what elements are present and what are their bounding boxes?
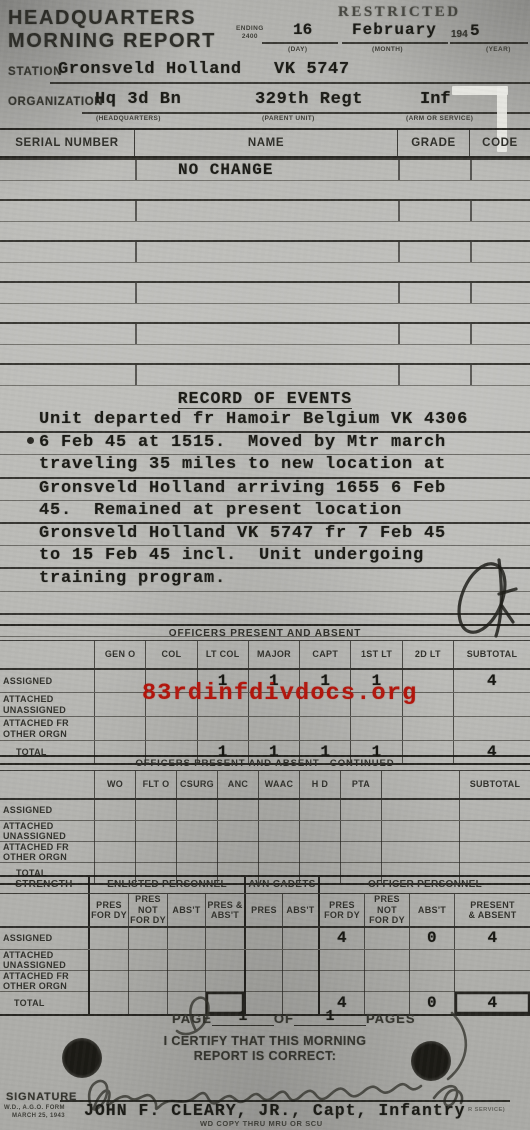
day-field: 16	[293, 21, 312, 39]
officers-col-gen-o: GEN O	[95, 641, 146, 668]
roster-row	[0, 281, 530, 322]
row-label: ATTACHED UNASSIGNED	[0, 950, 90, 971]
year-prefix: 194	[451, 29, 468, 40]
roster-table: SERIAL NUMBER NAME GRADE CODE NO CHANGE	[0, 128, 530, 404]
row-label: ASSIGNED	[0, 800, 95, 820]
station-label: STATION	[8, 66, 62, 78]
row-label: ATTACHED FR OTHER ORGN	[0, 717, 95, 740]
continued-row-assigned: ASSIGNED	[0, 800, 530, 821]
year-underline	[450, 42, 528, 44]
events-line: 45. Remained at present location	[0, 501, 530, 524]
strength-label: STRENGTH	[0, 877, 90, 893]
ending-label: ENDING 2400	[236, 25, 264, 41]
officers-col-col: COL	[146, 641, 197, 668]
organization-label: ORGANIZATION	[8, 96, 103, 108]
col-flt-o: FLT O	[136, 771, 177, 798]
year-field: 5	[470, 22, 480, 40]
organization-underline	[82, 112, 530, 114]
roster-row	[0, 322, 530, 363]
col-waac: WAAC	[259, 771, 300, 798]
row-label: ATTACHED FR OTHER ORGN	[0, 842, 95, 863]
roster-header-row: SERIAL NUMBER NAME GRADE CODE	[0, 128, 530, 158]
sub-abst-2: ABS'T	[283, 894, 320, 926]
events-line: Gronsveld Holland arriving 1655 6 Feb	[0, 479, 530, 501]
strength-subheader-row: PRES FOR DY PRES NOT FOR DY ABS'T PRES &…	[0, 894, 530, 928]
form-number-print: W.D., A.G.O. FORM MARCH 25, 1943	[4, 1105, 65, 1120]
roster-header-code: CODE	[470, 130, 530, 156]
organization-parent-value: 329th Regt	[255, 90, 363, 109]
organization-arm-sublabel: (ARM OR SERVICE)	[406, 115, 473, 122]
copy-routing-note: WD COPY THRU MRU OR SCU	[200, 1119, 323, 1128]
day-sublabel: (DAY)	[288, 46, 307, 53]
officers-row-attached-fr-other: ATTACHED FR OTHER ORGN	[0, 717, 530, 741]
officers-col-lt-col: LT COL	[198, 641, 249, 668]
roster-header-grade: GRADE	[398, 130, 470, 156]
organization-parent-sublabel: (PARENT UNIT)	[262, 115, 315, 122]
strength-row-assigned: ASSIGNED 4 0 4	[0, 928, 530, 950]
officers-col-1st-lt: 1ST LT	[351, 641, 402, 668]
restricted-stamp: RESTRICTED	[338, 4, 461, 21]
form-title-line1: HEADQUARTERS	[8, 7, 216, 30]
events-line: Gronsveld Holland VK 5747 fr 7 Feb 45	[0, 524, 530, 546]
form-title: HEADQUARTERS MORNING REPORT	[8, 7, 216, 53]
roster-row	[0, 199, 530, 240]
cell-value: 4	[320, 928, 365, 949]
col-blank	[382, 771, 460, 798]
cell-value: 4	[454, 670, 530, 692]
roster-header-serial: SERIAL NUMBER	[0, 130, 135, 156]
record-of-events-title-row: RECORD OF EVENTS	[0, 389, 530, 410]
month-underline	[342, 42, 448, 44]
organization-hq-sublabel: (HEADQUARTERS)	[96, 115, 161, 122]
organization-hq-value: Hq 3d Bn	[95, 90, 181, 109]
sub-pres-not-for-dy: PRES NOT FOR DY	[129, 894, 168, 926]
organization-arm-value: Inf	[420, 90, 451, 109]
record-of-events-title: RECORD OF EVENTS	[178, 389, 352, 409]
sub-pres-not-for-dy-2: PRES NOT FOR DY	[365, 894, 410, 926]
roster-row: NO CHANGE	[0, 158, 530, 199]
officers-header-row: GEN O COL LT COL MAJOR CAPT 1ST LT 2D LT…	[0, 640, 530, 670]
sub-abst-3: ABS'T	[410, 894, 455, 926]
officers-col-subtotal: SUBTOTAL	[454, 641, 530, 668]
col-csurg: CSURG	[177, 771, 218, 798]
group-officer: OFFICER PERSONNEL	[320, 877, 530, 893]
officers-continued-title: OFFICERS PRESENT AND ABSENT—CONTINUED	[0, 755, 530, 770]
sub-pres-for-dy: PRES FOR DY	[90, 894, 129, 926]
sub-pres-and-abst: PRES & ABS'T	[206, 894, 246, 926]
events-line: traveling 35 miles to new location at	[0, 455, 530, 478]
group-avn-cadets: AVN CADETS	[246, 877, 320, 893]
col-h-d: H D	[300, 771, 341, 798]
continued-row-attached-fr-other: ATTACHED FR OTHER ORGN	[0, 842, 530, 863]
col-anc: ANC	[218, 771, 259, 798]
col-wo: WO	[95, 771, 136, 798]
signature-label: SIGNATURE	[6, 1091, 77, 1103]
sub-pres: PRES	[246, 894, 283, 926]
col-subtotal: SUBTOTAL	[460, 771, 530, 798]
form-number-line2: MARCH 25, 1943	[4, 1113, 65, 1121]
officers-col-major: MAJOR	[249, 641, 300, 668]
officers-table-title: OFFICERS PRESENT AND ABSENT	[0, 624, 530, 640]
events-line: 6 Feb 45 at 1515. Moved by Mtr march	[0, 433, 530, 455]
row-label: ATTACHED UNASSIGNED	[0, 821, 95, 842]
roster-row	[0, 240, 530, 281]
month-field: February	[352, 21, 437, 39]
sub-present-and-absent: PRESENT & ABSENT	[455, 894, 530, 926]
group-enlisted: ENLISTED PERSONNEL	[90, 877, 246, 893]
ending-label-line2: 2400	[236, 33, 264, 41]
continued-row-attached-unassigned: ATTACHED UNASSIGNED	[0, 821, 530, 842]
row-label: ASSIGNED	[0, 928, 90, 949]
signature-sublabel-fragment: R SERVICE)	[468, 1107, 505, 1113]
row-label: ATTACHED UNASSIGNED	[0, 693, 95, 716]
officers-col-2d-lt: 2D LT	[403, 641, 454, 668]
roster-entry-no-change: NO CHANGE	[178, 161, 273, 179]
year-sublabel: (YEAR)	[486, 46, 511, 53]
strength-row-attached-unassigned: ATTACHED UNASSIGNED	[0, 950, 530, 971]
station-underline	[50, 82, 530, 84]
col-pta: PTA	[341, 771, 382, 798]
day-underline	[262, 42, 338, 44]
row-label: ASSIGNED	[0, 670, 95, 692]
morning-report-document: HEADQUARTERS MORNING REPORT RESTRICTED E…	[0, 0, 530, 1130]
strength-group-header-row: STRENGTH ENLISTED PERSONNEL AVN CADETS O…	[0, 875, 530, 894]
ending-label-line1: ENDING	[236, 25, 264, 33]
site-watermark: 83rdinfdivdocs.org	[142, 680, 417, 707]
month-sublabel: (MONTH)	[372, 46, 403, 53]
form-title-line2: MORNING REPORT	[8, 30, 216, 53]
cell-value: 0	[410, 928, 455, 949]
events-line: Unit departed fr Hamoir Belgium VK 4306	[0, 410, 530, 433]
officers-table-continued: OFFICERS PRESENT AND ABSENT—CONTINUED WO…	[0, 755, 530, 885]
form-number-line1: W.D., A.G.O. FORM	[4, 1105, 65, 1113]
cell-value: 4	[455, 928, 530, 949]
officers-continued-header-row: WO FLT O CSURG ANC WAAC H D PTA SUBTOTAL	[0, 770, 530, 800]
sub-abst: ABS'T	[168, 894, 206, 926]
roster-header-name: NAME	[135, 130, 398, 156]
officers-col-capt: CAPT	[300, 641, 351, 668]
station-value: Gronsveld Holland VK 5747	[58, 60, 350, 79]
typed-signature-name: JOHN F. CLEARY, JR., Capt, Infantry	[84, 1101, 466, 1120]
sub-pres-for-dy-2: PRES FOR DY	[320, 894, 365, 926]
handwritten-bullet-dot	[27, 437, 34, 444]
